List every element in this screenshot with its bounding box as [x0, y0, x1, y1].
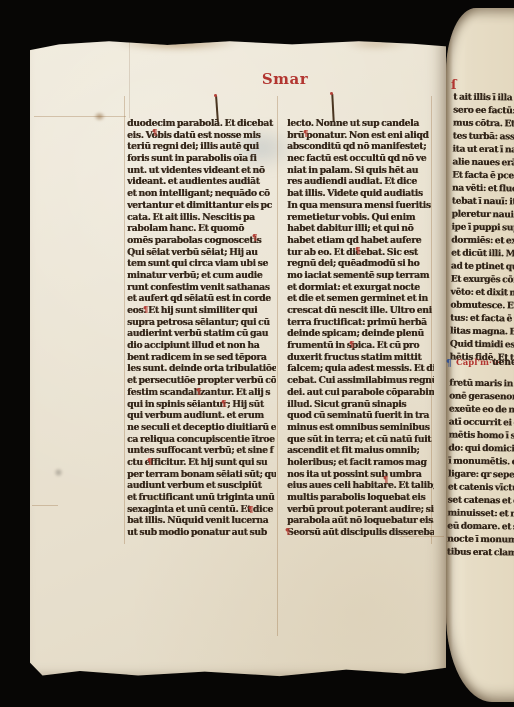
text-line: falcem; quia adest messis. Et di: [287, 363, 434, 375]
red-paraph-mark: ¶: [221, 399, 226, 407]
text-line: ascendit et fit maius omnib;: [287, 445, 434, 457]
text-line: runt confestim venit sathanas: [127, 282, 276, 294]
text-line: regnū dei; quēadmodū si ho: [287, 258, 434, 270]
text-line: exeūte eo de naui st: [449, 404, 514, 418]
text-line: ita ut erat ī naui: et: [452, 144, 514, 158]
text-line: eis. Vobis datū est nosse mis: [127, 130, 276, 142]
red-paraph-mark: ¶: [196, 387, 201, 395]
blue-paraph-mark: ¶: [446, 359, 452, 369]
stain: [115, 36, 240, 51]
text-line: supra petrosa sēiantur; qui cū: [127, 317, 276, 329]
text-line: holeribus; et facit ramos mag: [287, 457, 434, 469]
red-flourish-dot: [330, 92, 333, 95]
next-page-text-column: t ait illis ī illa die cūsero ee factū: …: [447, 92, 514, 561]
text-line: festim scandalizantur. Et alij s: [127, 387, 276, 399]
text-line: tebat ī nauī: ita ut ī: [452, 196, 514, 210]
text-line: bat illis. Videte quid audiatis: [287, 188, 434, 200]
text-line: minus est omnibus seminibus: [287, 422, 434, 434]
red-paraph-mark: ¶: [303, 129, 308, 137]
text-line: minatur verbū; et cum audie: [127, 270, 276, 282]
text-line: nocte ī monumētis et ī mō: [447, 533, 514, 547]
text-line: et catenis vīctus: disrupis: [448, 481, 514, 495]
text-line: et aufert qd sēiatū est in corde: [127, 293, 276, 305]
ruling-line: [34, 116, 126, 117]
text-line: illud. Sicut granū sinapis: [287, 399, 434, 411]
text-line: dormiēs: et excitāt eū: [451, 235, 514, 249]
red-paraph-mark: ¶: [285, 527, 290, 535]
text-line: Seorsū aūt discipulis disserebat: [287, 527, 434, 539]
text-line: obmutesce. Et cessauit vē: [450, 300, 514, 314]
text-line: absconditū qd nō manifestet;: [287, 141, 434, 153]
red-paraph-mark: ¶: [355, 246, 360, 254]
text-line: bat illis. Nūquid venit lucerna: [127, 515, 276, 527]
text-line: et dormiat: et exurgat nocte: [287, 282, 434, 294]
running-title: Smar: [254, 70, 316, 88]
parchment-crease: [129, 40, 130, 118]
text-line: duxerit fructus statim mittit: [287, 352, 434, 364]
text-line: remetietur vobis. Qui enim: [287, 212, 434, 224]
text-line: qui verbum audiunt. et erum: [127, 410, 276, 422]
text-line: tibus erat clamans et cōcidēs: [447, 546, 514, 560]
text-line: vēto: et dixit mari. Tace: [450, 287, 514, 301]
red-paraph-mark: ¶: [252, 233, 257, 241]
text-line: atī occurrit ei de monu: [449, 417, 514, 431]
text-line: ī monumētis. et neq; ca: [448, 455, 514, 469]
text-line: et persecutiōe propter verbū cō: [127, 375, 276, 387]
text-line: eos. Et hij sunt similiter qui: [127, 305, 276, 317]
text-line: deinde spicam; deinde plenū: [287, 328, 434, 340]
text-line: brū ponatur. Non est eni aliqd: [287, 130, 434, 142]
red-flourish-dot: [214, 94, 217, 97]
text-line: quod cū seminatū fuerit in tra: [287, 410, 434, 422]
text-line: tur ab eo. Et dicebat. Sic est: [287, 247, 434, 259]
right-text-column: lecto. Nonne ut sup candelabrū ponatur. …: [287, 118, 434, 539]
red-paraph-mark: ¶: [143, 305, 148, 313]
text-line: vertantur et dimittantur eis pc: [127, 200, 276, 212]
text-line: bent radicem in se sed tēpora: [127, 352, 276, 364]
text-line: do: qui domiciliū hēbat: [448, 442, 514, 456]
photo-background: Smar duodecim parabolā. Et dicebateis. V…: [0, 0, 514, 707]
text-line: parabola aūt nō loquebatur eis.: [287, 515, 434, 527]
text-line: et non intelligant; nequādo cō: [127, 188, 276, 200]
text-line: minuisset: et nemo poterat: [447, 507, 514, 521]
text-line: eius aues celi habitare. Et talib;: [287, 480, 434, 492]
text-line: crescat dū nescit ille. Ultro eni: [287, 305, 434, 317]
text-line: ligare: qr sepe cōpedibus: [448, 468, 514, 482]
text-line: multis parabolis loquebat eis: [287, 492, 434, 504]
text-line: Qui sēiat verbū sēiat; Hij au: [127, 247, 276, 259]
text-line: que sūt in terra; et cū natū fuit: [287, 434, 434, 446]
ruling-line: [124, 96, 125, 544]
text-line: ipe ī puppi sup ceruical: [451, 222, 514, 236]
text-line: tus: et facta ē trāquil: [450, 313, 514, 327]
text-line: dio accipiunt illud et non ha: [127, 340, 276, 352]
text-line: cebat. Cui assimilabimus regnū: [287, 375, 434, 387]
text-line: nos ita ut possint sub umbra: [287, 469, 434, 481]
text-line: habet etiam qd habet aufere: [287, 235, 434, 247]
text-line: foris sunt in parabolis oīa fi: [127, 153, 276, 165]
left-text-column: duodecim parabolā. Et dicebateis. Vobis …: [127, 118, 276, 539]
text-line: tem sunt qui circa viam ubi se: [127, 258, 276, 270]
text-line: niat in palam. Si quis hēt au: [287, 165, 434, 177]
next-page-edge: ſ t ait illis ī illa die cūsero ee factū…: [446, 8, 514, 702]
text-line: set catenas et cōpedes cō: [447, 494, 514, 508]
text-line: unt. ut videntes videant et nō: [127, 165, 276, 177]
text-line: audierint verbū statim cū gau: [127, 328, 276, 340]
text-line: videant. et audientes audiāt: [127, 176, 276, 188]
text-line: per terram bonam sēiati sūt; qui: [127, 469, 276, 481]
text-line: t ait illis ī illa die cū: [453, 92, 514, 106]
text-line: nec factū est occultū qd nō ve: [287, 153, 434, 165]
text-line: sero ee factū: trāsea: [453, 105, 514, 119]
text-line: frumentū in spica. Et cū pro: [287, 340, 434, 352]
text-line: et fructificant unū triginta unū: [127, 492, 276, 504]
verse-start: uenerūt: [492, 358, 514, 368]
text-line: Et facta ē pcella mag: [452, 170, 514, 184]
text-line: pleretur nauis. Et erat: [451, 209, 514, 223]
text-line: mo iaciat sementē sup terram: [287, 270, 434, 282]
red-paraph-mark: ¶: [248, 505, 253, 513]
text-line: In qua mensura mensi fueritis: [287, 200, 434, 212]
text-line: tes turbā: assumūt eū: [453, 131, 514, 145]
text-line: mētis homo ī spū īmū: [448, 430, 514, 444]
text-line: res audiendi audiat. Et dice: [287, 176, 434, 188]
text-line: qui in spinis sēiantur; Hij sūt: [127, 399, 276, 411]
red-paraph-mark: ¶: [383, 475, 388, 483]
ruling-line: [277, 96, 278, 636]
text-line: teriū regni dei; illis autē qui: [127, 141, 276, 153]
text-line: alie naues erāt cū illo.: [452, 157, 514, 171]
ruling-line: [32, 505, 58, 506]
text-line: onē gerasenorū. Et: [449, 391, 514, 405]
text-line: ad te ptinet quia pimus: [451, 261, 514, 275]
text-line: les sunt. deinde orta tribulatiōe: [127, 363, 276, 375]
text-line: lecto. Nonne ut sup candela: [287, 118, 434, 130]
text-line: verbū prout poterant audire; sine: [287, 504, 434, 516]
text-line: dei. aut cui parabole cōparabim: [287, 387, 434, 399]
text-line: mus cōtra. Et dimittē: [453, 118, 514, 132]
stain: [345, 38, 407, 50]
text-line: duodecim parabolā. Et dicebat: [127, 118, 276, 130]
red-paraph-mark: ¶: [349, 340, 354, 348]
text-line: et dicūt illi. Magister: n: [451, 248, 514, 262]
red-paraph-mark: ¶: [147, 457, 152, 465]
text-line: cata. Et ait illis. Nescitis pa: [127, 212, 276, 224]
text-line: litas magna. Et ait illis: [450, 326, 514, 340]
text-line: audiunt verbum et suscipiūt: [127, 480, 276, 492]
text-line: habet dabitur illi; et qui nō: [287, 223, 434, 235]
text-line: terra fructificat: primū herbā: [287, 317, 434, 329]
text-line: Et exurgēs cōminatus ē: [451, 274, 514, 288]
manuscript-page: Smar duodecim parabolā. Et dicebateis. V…: [30, 38, 446, 678]
stain: [54, 468, 63, 477]
text-line: ut sub modio ponatur aut sub: [127, 527, 276, 539]
text-line: sexaginta et unū centū. Et dice: [127, 504, 276, 516]
text-line: fretū maris in regi: [449, 378, 514, 392]
text-line: ca reliqua concupiscentie ītroe: [127, 434, 276, 446]
text-line: na vēti: et fluctus mit: [452, 183, 514, 197]
text-line: eū domare. et semper die ac: [447, 520, 514, 534]
text-line: Quid timidi estis. necdū: [450, 339, 514, 353]
text-line: ne seculi et deceptio diuitiarū et: [127, 422, 276, 434]
text-line: et die et semen germinet et in: [287, 293, 434, 305]
red-paraph-mark: ¶: [152, 128, 157, 136]
